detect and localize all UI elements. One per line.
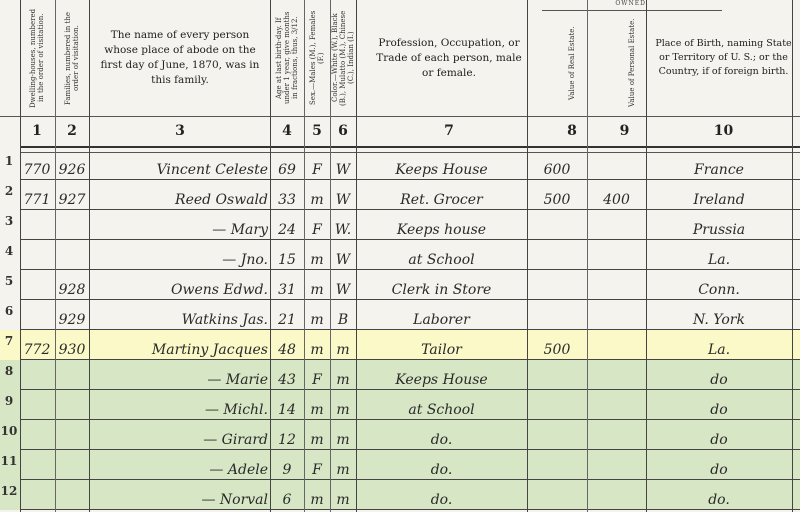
sex: m [304,192,330,208]
person-name: Owens Edwd. [92,282,268,298]
color: m [330,372,356,388]
birthplace: France [646,162,792,178]
age: 12 [270,432,304,448]
sex: m [304,342,330,358]
column-rule [330,0,331,512]
dwelling-number: 771 [20,192,54,208]
census-row: 9— Michl.14mmat Schooldo [0,390,800,420]
color: W [330,252,356,268]
age: 21 [270,312,304,328]
person-name: — Michl. [92,402,268,418]
census-row: 1770926Vincent Celeste69FWKeeps House600… [0,150,800,180]
birthplace: Conn. [646,282,792,298]
occupation: do. [356,432,527,448]
header-color: Color.—White (W.), Black (B.), Mulatto (… [330,0,356,116]
dwelling-number: 770 [20,162,54,178]
census-row: 3— Mary24FW.Keeps housePrussia [0,210,800,240]
birthplace: do. [646,492,792,508]
color: m [330,402,356,418]
column-rule [646,0,647,512]
column-headers: OWNED. Dwelling-houses, numbered in the … [0,0,800,116]
age: 9 [270,462,304,478]
census-row: 7772930Martiny Jacques48mmTailor500La. [0,330,800,360]
census-row: 12— Norval6mmdo.do. [0,480,800,510]
column-numbers: 1 2 3 4 5 6 7 8 9 10 [0,116,800,147]
color: W [330,162,356,178]
color: m [330,342,356,358]
family-number: 926 [55,162,89,178]
color: B [330,312,356,328]
birthplace: do [646,462,792,478]
header-dwelling: Dwelling-houses, numbered in the order o… [20,0,54,116]
column-rule [356,0,357,512]
birthplace: La. [646,342,792,358]
age: 14 [270,402,304,418]
color: W. [330,222,356,238]
real-estate-value: 600 [527,162,587,178]
birthplace: La. [646,252,792,268]
person-name: Reed Oswald [92,192,268,208]
census-row: 8— Marie43FmKeeps Housedo [0,360,800,390]
person-name: — Adele [92,462,268,478]
column-rule [89,0,90,512]
header-name: The name of every person whose place of … [90,0,270,116]
header-occupation: Profession, Occupation, or Trade of each… [356,0,542,116]
sex: F [304,462,330,478]
column-rule [587,0,588,512]
age: 43 [270,372,304,388]
real-estate-value: 500 [527,342,587,358]
sex: F [304,372,330,388]
occupation: Keeps House [356,372,527,388]
color: m [330,432,356,448]
occupation: do. [356,462,527,478]
line-number: 11 [0,454,18,468]
personal-estate-value: 400 [587,192,646,208]
color: m [330,492,356,508]
sex: m [304,432,330,448]
sex: m [304,312,330,328]
age: 15 [270,252,304,268]
column-rule [55,0,56,512]
sex: m [304,402,330,418]
census-row: 4— Jno.15mWat SchoolLa. [0,240,800,270]
census-row: 5928Owens Edwd.31mWClerk in StoreConn. [0,270,800,300]
person-name: — Jno. [92,252,268,268]
age: 24 [270,222,304,238]
person-name: Vincent Celeste [92,162,268,178]
age: 48 [270,342,304,358]
age: 33 [270,192,304,208]
person-name: — Marie [92,372,268,388]
age: 31 [270,282,304,298]
line-number: 8 [0,364,18,378]
occupation: Keeps house [356,222,527,238]
line-number: 2 [0,184,18,198]
header-family: Families, numbered in the order of visit… [55,0,89,116]
sex: m [304,492,330,508]
census-sheet: OWNED. Dwelling-houses, numbered in the … [0,0,800,512]
line-number: 6 [0,304,18,318]
family-number: 927 [55,192,89,208]
age: 6 [270,492,304,508]
occupation: Ret. Grocer [356,192,527,208]
occupation: at School [356,402,527,418]
line-number: 10 [0,424,18,438]
census-row: 10— Girard12mmdo.do [0,420,800,450]
person-name: — Girard [92,432,268,448]
birthplace: do [646,402,792,418]
color: W [330,282,356,298]
occupation: do. [356,492,527,508]
column-rule [20,0,21,512]
birthplace: do [646,432,792,448]
line-number: 12 [0,484,18,498]
color: m [330,462,356,478]
header-age: Age at last birth-day. If under 1 year, … [270,0,304,116]
occupation: Clerk in Store [356,282,527,298]
line-number: 5 [0,274,18,288]
birthplace: N. York [646,312,792,328]
family-number: 929 [55,312,89,328]
birthplace: Prussia [646,222,792,238]
line-number: 7 [0,334,18,348]
header-birthplace: Place of Birth, naming State or Territor… [647,0,800,116]
birthplace: Ireland [646,192,792,208]
person-name: Watkins Jas. [92,312,268,328]
dwelling-number: 772 [20,342,54,358]
column-rule [792,0,793,512]
family-number: 928 [55,282,89,298]
column-rule [304,0,305,512]
person-name: Martiny Jacques [92,342,268,358]
column-rule [527,0,528,512]
line-number: 4 [0,244,18,258]
occupation: at School [356,252,527,268]
census-row: 2771927Reed Oswald33mWRet. Grocer500400I… [0,180,800,210]
line-number: 3 [0,214,18,228]
age: 69 [270,162,304,178]
line-number: 1 [0,154,18,168]
color: W [330,192,356,208]
family-number: 930 [55,342,89,358]
header-sex: Sex.—Males (M.), Females (F.) [304,0,330,116]
census-row: 6929Watkins Jas.21mBLaborerN. York [0,300,800,330]
census-row: 11— Adele9Fmdo.do [0,450,800,480]
occupation: Laborer [356,312,527,328]
column-rule [270,0,271,512]
row-rule [20,509,800,510]
occupation: Tailor [356,342,527,358]
person-name: — Norval [92,492,268,508]
person-name: — Mary [92,222,268,238]
line-number: 9 [0,394,18,408]
birthplace: do [646,372,792,388]
header-real-estate: Value of Real Estate. [542,10,602,116]
occupation: Keeps House [356,162,527,178]
sex: m [304,282,330,298]
real-estate-value: 500 [527,192,587,208]
sex: F [304,222,330,238]
sex: m [304,252,330,268]
sex: F [304,162,330,178]
